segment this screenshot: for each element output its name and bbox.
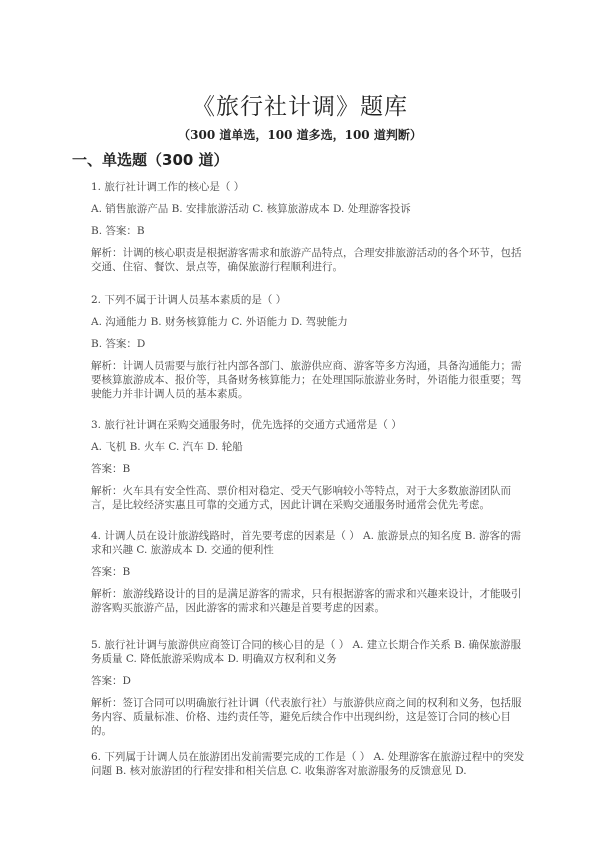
question-2: 2. 下列不属于计调人员基本素质的是（ ） A. 沟通能力 B. 财务核算能力 … bbox=[91, 293, 525, 401]
question-stem: 5. 旅行社计调与旅游供应商签订合同的核心目的是（ ） A. 建立长期合作关系 … bbox=[91, 638, 525, 666]
question-4: 4. 计调人员在设计旅游线路时，首先要考虑的因素是（ ） A. 旅游景点的知名度… bbox=[91, 529, 525, 615]
question-options: A. 销售旅游产品 B. 安排旅游活动 C. 核算旅游成本 D. 处理游客投诉 bbox=[91, 202, 525, 216]
question-explanation: 解析：计调的核心职责是根据游客需求和旅游产品特点，合理安排旅游活动的各个环节，包… bbox=[91, 246, 525, 274]
question-explanation: 解析：计调人员需要与旅行社内部各部门、旅游供应商、游客等多方沟通，具备沟通能力；… bbox=[91, 359, 525, 401]
question-explanation: 解析：火车具有安全性高、票价相对稳定、受天气影响较小等特点，对于大多数旅游团队而… bbox=[91, 484, 525, 512]
document-page: 《旅行社计调》题库 （300 道单选，100 道多选，100 道判断） 一、单选… bbox=[0, 0, 600, 849]
question-1: 1. 旅行社计调工作的核心是（ ） A. 销售旅游产品 B. 安排旅游活动 C.… bbox=[91, 180, 525, 274]
document-title: 《旅行社计调》题库 bbox=[0, 88, 600, 121]
question-3: 3. 旅行社计调在采购交通服务时，优先选择的交通方式通常是（ ） A. 飞机 B… bbox=[91, 418, 525, 512]
question-answer: B. 答案：D bbox=[91, 337, 525, 351]
question-stem: 1. 旅行社计调工作的核心是（ ） bbox=[91, 180, 525, 194]
question-answer: B. 答案：B bbox=[91, 224, 525, 238]
question-5: 5. 旅行社计调与旅游供应商签订合同的核心目的是（ ） A. 建立长期合作关系 … bbox=[91, 638, 525, 738]
question-options: A. 沟通能力 B. 财务核算能力 C. 外语能力 D. 驾驶能力 bbox=[91, 315, 525, 329]
question-stem: 3. 旅行社计调在采购交通服务时，优先选择的交通方式通常是（ ） bbox=[91, 418, 525, 432]
question-stem: 4. 计调人员在设计旅游线路时，首先要考虑的因素是（ ） A. 旅游景点的知名度… bbox=[91, 529, 525, 557]
question-stem: 6. 下列属于计调人员在旅游团出发前需要完成的工作是（ ） A. 处理游客在旅游… bbox=[91, 750, 525, 778]
question-stem: 2. 下列不属于计调人员基本素质的是（ ） bbox=[91, 293, 525, 307]
question-answer: 答案：B bbox=[91, 565, 525, 579]
question-answer: 答案：D bbox=[91, 674, 525, 688]
question-explanation: 解析：签订合同可以明确旅行社计调（代表旅行社）与旅游供应商之间的权利和义务，包括… bbox=[91, 696, 525, 738]
question-answer: 答案：B bbox=[91, 462, 525, 476]
question-options: A. 飞机 B. 火车 C. 汽车 D. 轮船 bbox=[91, 440, 525, 454]
section-heading: 一、单选题（300 道） bbox=[72, 149, 229, 170]
question-explanation: 解析：旅游线路设计的目的是满足游客的需求，只有根据游客的需求和兴趣来设计，才能吸… bbox=[91, 587, 525, 615]
question-6: 6. 下列属于计调人员在旅游团出发前需要完成的工作是（ ） A. 处理游客在旅游… bbox=[91, 750, 525, 786]
document-subtitle: （300 道单选，100 道多选，100 道判断） bbox=[0, 126, 600, 143]
